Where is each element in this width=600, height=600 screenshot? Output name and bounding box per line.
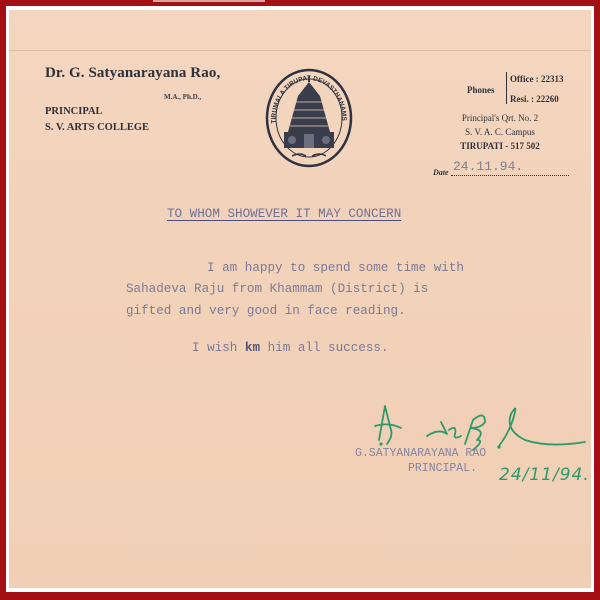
phone-office: Office : 22313 [510,74,563,84]
letterhead-degrees: M.A., Ph.D., [164,93,201,101]
closing-line: I wish km him all success. [192,341,389,355]
date-row: Date 24.11.94. [433,160,573,180]
letterhead-college: S. V. ARTS COLLEGE [45,122,149,133]
signatory-title: PRINCIPAL. [408,462,477,475]
letter-heading: TO WHOM SHOWEVER IT MAY CONCERN [167,207,401,221]
address-line-1: Principal's Qrt. No. 2 [435,113,565,123]
temple-seal-icon: TIRUMALA TIRUPATI DEVASTHANAMS [262,66,356,170]
phone-resi: Resi. : 22260 [510,94,559,104]
closing-prefix: I wish [192,341,245,355]
date-value: 24.11.94. [453,159,523,174]
letterhead-title: PRINCIPAL [45,106,103,117]
address-line-3: TIRUPATI - 517 502 [435,141,565,151]
address-line-2: S. V. A. C. Campus [435,127,565,137]
handwritten-date: 24/11/94. [499,465,590,485]
date-label: Date [433,168,449,177]
date-dotted-line [451,175,569,176]
letterhead-name: Dr. G. Satyanarayana Rao, [45,65,220,82]
body-line-3: gifted and very good in face reading. [126,304,406,318]
body-line-1: I am happy to spend some time with [207,261,464,275]
paper-crease [9,50,591,51]
closing-suffix: him all success. [260,341,388,355]
phones-label: Phones [467,85,495,95]
body-line-2: Sahadeva Raju from Khammam (District) is [126,282,428,296]
signatory-name: G.SATYANARAYANA RAO [355,447,486,460]
phones-divider [506,72,507,104]
letter-paper: Dr. G. Satyanarayana Rao, M.A., Ph.D., P… [9,10,591,588]
struck-typo: km [245,341,260,355]
frame-top-tab [153,0,265,2]
